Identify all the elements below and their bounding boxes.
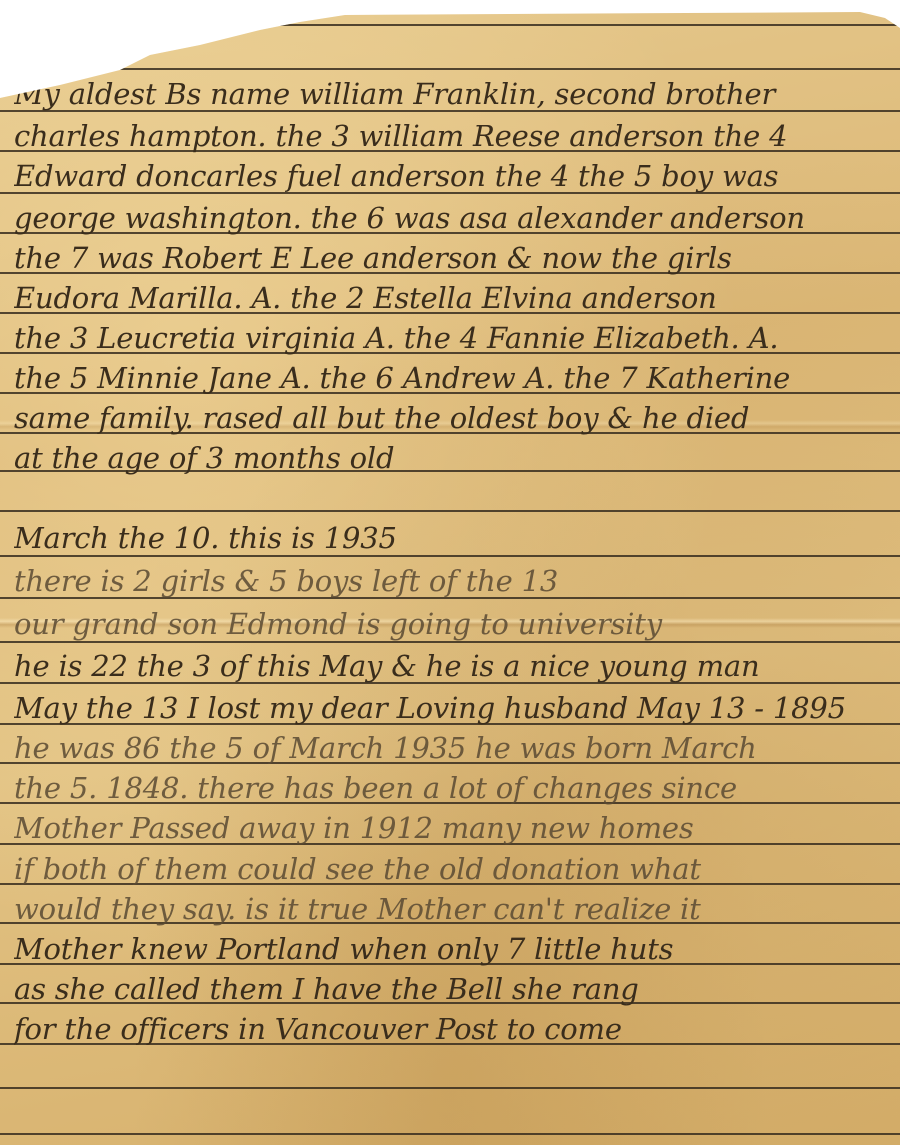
ruled-line [0, 510, 900, 512]
letter-line-21: Mother knew Portland when only 7 little … [14, 931, 894, 967]
letter-line-4: george washington. the 6 was asa alexand… [14, 200, 894, 236]
letter-line-9: same family. rased all but the oldest bo… [14, 400, 894, 436]
ruled-line [0, 24, 900, 26]
letter-line-7: the 3 Leucretia virginia A. the 4 Fannie… [14, 320, 894, 356]
letter-line-10: at the age of 3 months old [14, 440, 894, 476]
ruled-line [0, 1133, 900, 1135]
letter-line-8: the 5 Minnie Jane A. the 6 Andrew A. the… [14, 360, 894, 396]
letter-line-20: would they say. is it true Mother can't … [14, 891, 894, 927]
ruled-line [0, 68, 900, 70]
ruled-line [0, 1087, 900, 1089]
letter-line-19: if both of them could see the old donati… [14, 851, 894, 887]
letter-line-16: he was 86 the 5 of March 1935 he was bor… [14, 730, 894, 766]
letter-line-18: Mother Passed away in 1912 many new home… [14, 810, 894, 846]
letter-line-13: our grand son Edmond is going to univers… [14, 606, 894, 642]
letter-line-11: March the 10. this is 1935 [14, 520, 894, 556]
letter-line-12: there is 2 girls & 5 boys left of the 13 [14, 563, 894, 599]
letter-line-3: Edward doncarles fuel anderson the 4 the… [14, 158, 894, 194]
letter-line-15: May the 13 I lost my dear Loving husband… [14, 690, 894, 726]
letter-line-2: charles hampton. the 3 william Reese and… [14, 118, 894, 154]
letter-line-23: for the officers in Vancouver Post to co… [14, 1011, 894, 1047]
letter-line-1: My aldest Bs name william Franklin, seco… [14, 76, 894, 112]
letter-page: My aldest Bs name william Franklin, seco… [0, 0, 900, 1145]
letter-line-17: the 5. 1848. there has been a lot of cha… [14, 770, 894, 806]
letter-line-14: he is 22 the 3 of this May & he is a nic… [14, 648, 894, 684]
letter-line-5: the 7 was Robert E Lee anderson & now th… [14, 240, 894, 276]
letter-line-22: as she called them I have the Bell she r… [14, 971, 894, 1007]
letter-line-6: Eudora Marilla. A. the 2 Estella Elvina … [14, 280, 894, 316]
